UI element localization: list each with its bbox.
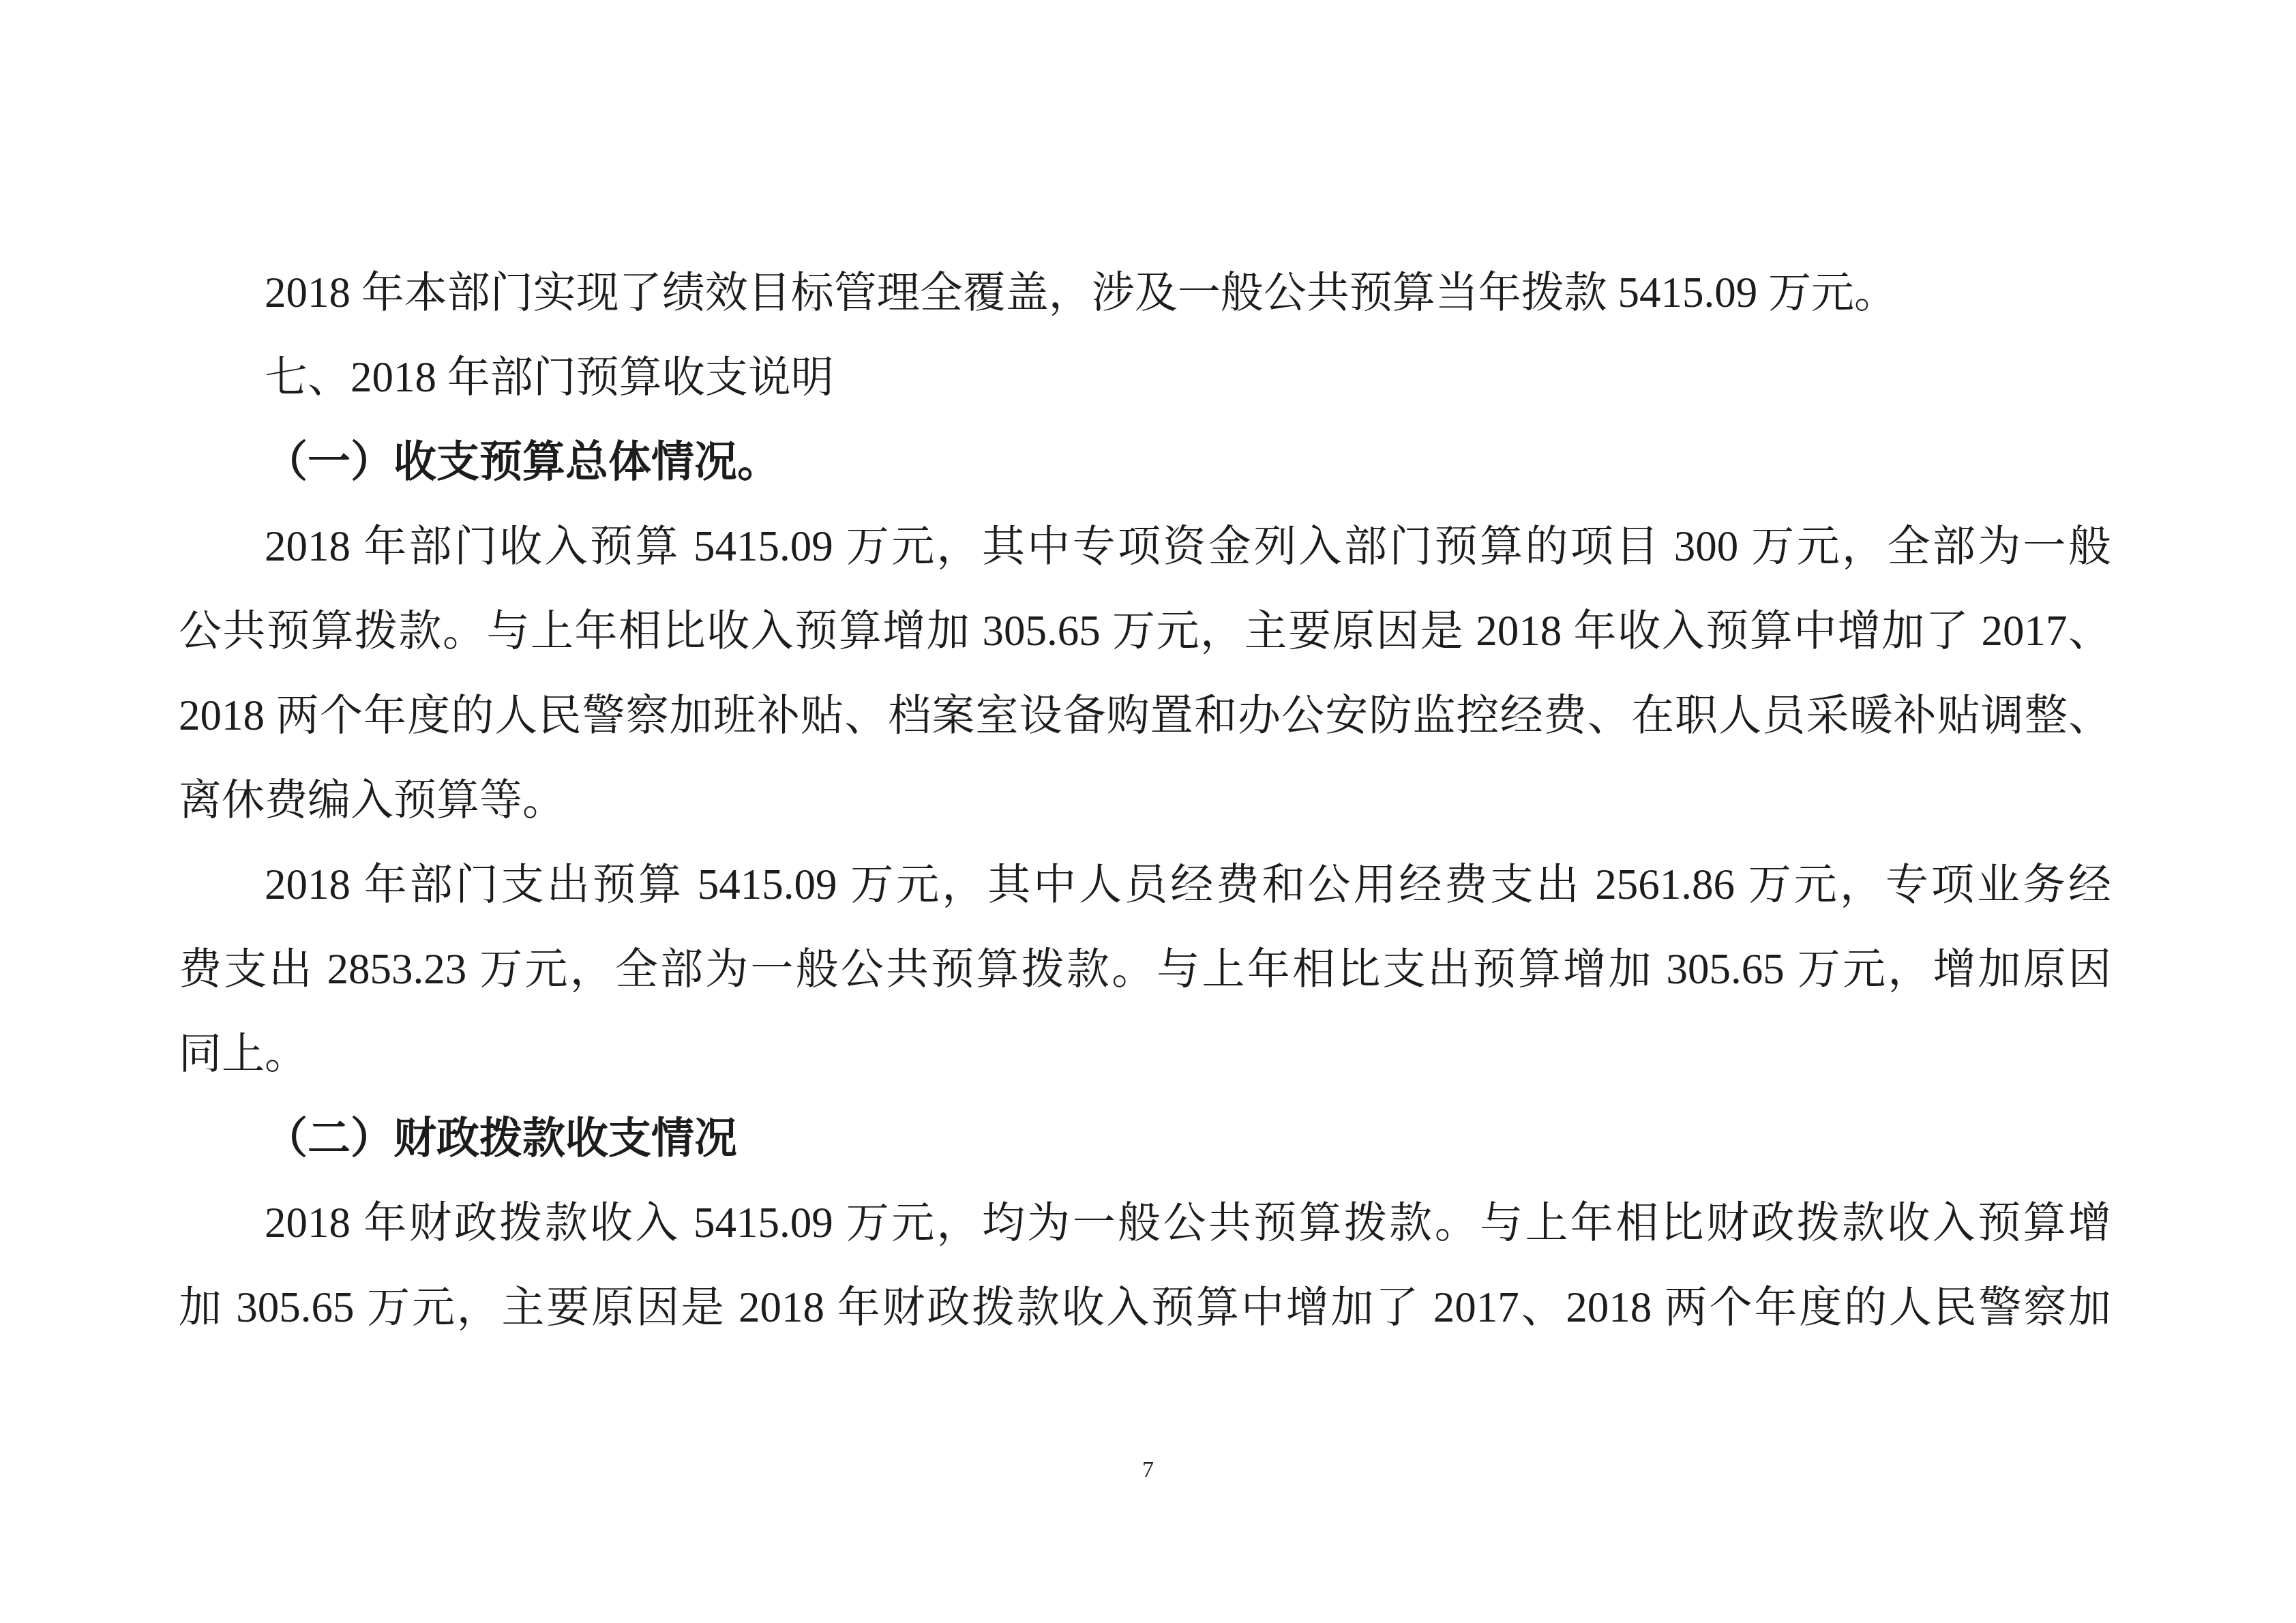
- section-heading: （一）收支预算总体情况。: [179, 419, 2111, 504]
- text-line: 2018 年本部门实现了绩效目标管理全覆盖，涉及一般公共预算当年拨款 5415.…: [179, 250, 2111, 335]
- text-line: 2018 两个年度的人民警察加班补贴、档案室设备购置和办公安防监控经费、在职人员…: [179, 673, 2111, 758]
- text-line: 公共预算拨款。与上年相比收入预算增加 305.65 万元，主要原因是 2018 …: [179, 589, 2111, 673]
- text-line: 离休费编入预算等。: [179, 758, 2111, 842]
- text-line: 2018 年部门支出预算 5415.09 万元，其中人员经费和公用经费支出 25…: [179, 842, 2111, 927]
- text-line: 七、2018 年部门预算收支说明: [179, 335, 2111, 419]
- text-line: 费支出 2853.23 万元，全部为一般公共预算拨款。与上年相比支出预算增加 3…: [179, 927, 2111, 1011]
- text-line: 2018 年部门收入预算 5415.09 万元，其中专项资金列入部门预算的项目 …: [179, 504, 2111, 589]
- text-line: 加 305.65 万元，主要原因是 2018 年财政拨款收入预算中增加了 201…: [179, 1265, 2111, 1350]
- text-line: 同上。: [179, 1011, 2111, 1096]
- document-body: 2018 年本部门实现了绩效目标管理全覆盖，涉及一般公共预算当年拨款 5415.…: [179, 250, 2111, 1350]
- document-page: 2018 年本部门实现了绩效目标管理全覆盖，涉及一般公共预算当年拨款 5415.…: [0, 0, 2296, 1623]
- text-line: 2018 年财政拨款收入 5415.09 万元，均为一般公共预算拨款。与上年相比…: [179, 1180, 2111, 1265]
- page-number: 7: [0, 1457, 2296, 1484]
- section-heading: （二）财政拨款收支情况: [179, 1096, 2111, 1180]
